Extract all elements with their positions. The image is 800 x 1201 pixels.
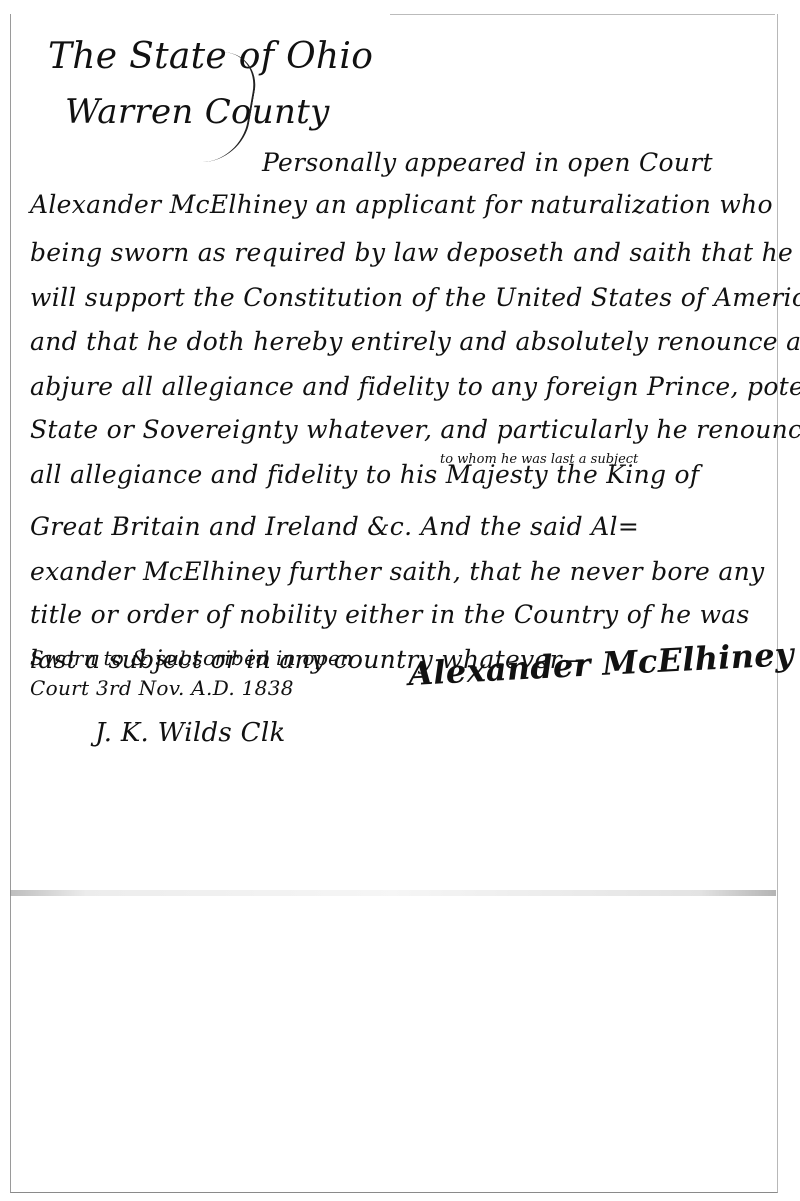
body-line: State or Sovereignty whatever, and parti…	[30, 415, 800, 444]
heading-county: Warren County	[65, 92, 330, 132]
jurat-line-2: Court 3rd Nov. A.D. 1838	[30, 676, 294, 700]
heading-state: The State of Ohio	[48, 36, 373, 77]
interlineation: to whom he was last a subject	[440, 452, 638, 467]
body-line: title or order of nobility either in the…	[30, 600, 750, 629]
body-line: abjure all allegiance and fidelity to an…	[30, 372, 800, 401]
body-line: Alexander McElhiney an applicant for nat…	[30, 190, 773, 219]
body-line: and that he doth hereby entirely and abs…	[30, 327, 800, 356]
body-line: being sworn as required by law deposeth …	[30, 238, 793, 267]
jurat-line-1: Sworn to & subscribed in open	[30, 646, 353, 670]
paper-fold-line	[10, 890, 776, 896]
body-line: exander McElhiney further saith, that he…	[30, 557, 764, 586]
body-line: Personally appeared in open Court	[262, 148, 713, 177]
clerk-signature: J. K. Wilds Clk	[95, 718, 286, 748]
body-line: Great Britain and Ireland &c. And the sa…	[30, 512, 639, 541]
body-line: will support the Constitution of the Uni…	[30, 283, 800, 312]
page-top-edge	[390, 14, 775, 15]
